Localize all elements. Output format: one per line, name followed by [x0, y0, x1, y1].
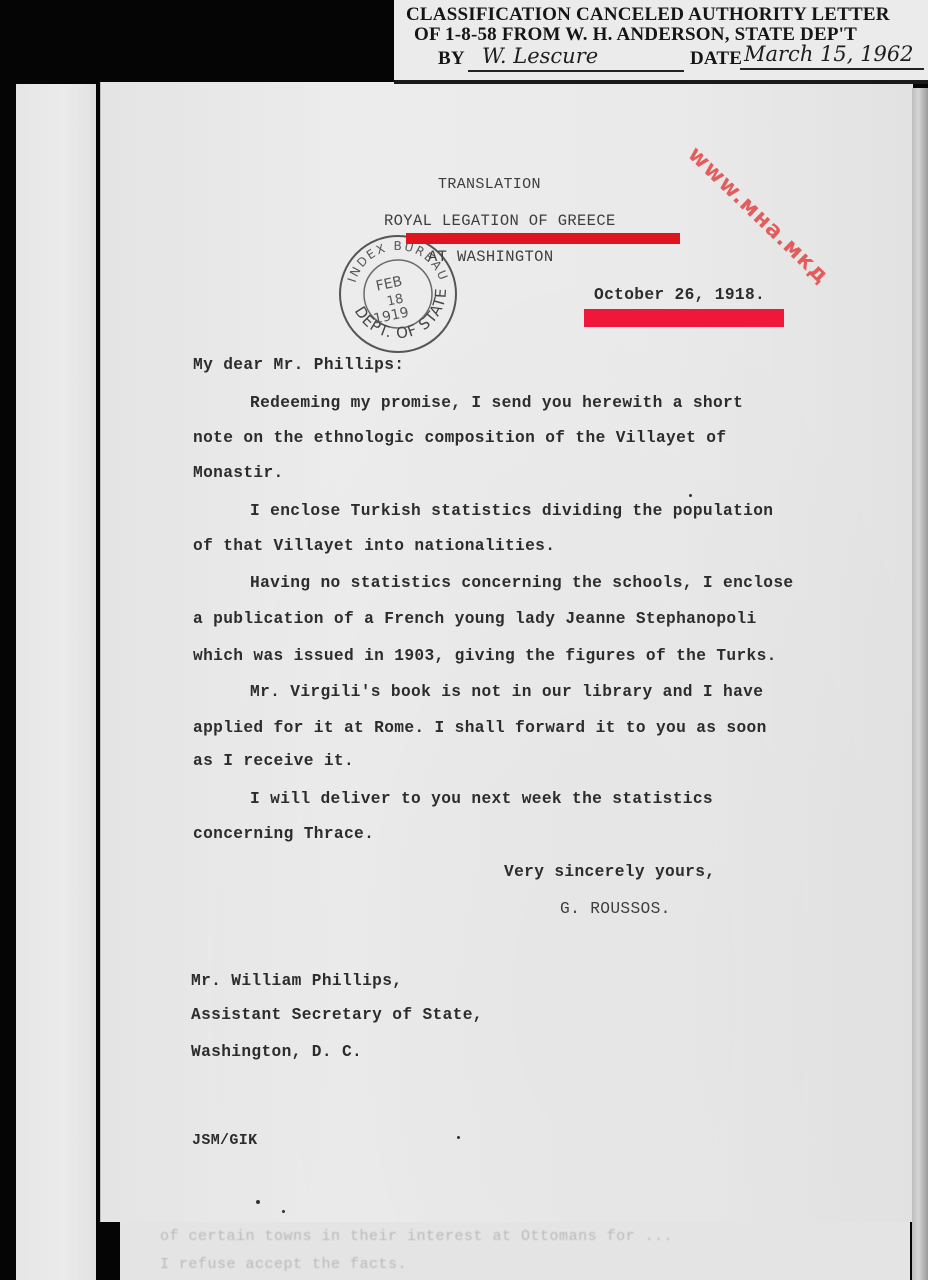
underlying-page-line: of certain towns in their interest at Ot… [160, 1228, 673, 1245]
date-line [740, 68, 924, 70]
body-line: Monastir. [193, 464, 284, 482]
body-line: which was issued in 1903, giving the fig… [193, 647, 777, 665]
letter-heading: TRANSLATION [438, 176, 541, 193]
body-line: Redeeming my promise, I send you herewit… [250, 394, 743, 412]
salutation: My dear Mr. Phillips: [193, 356, 404, 374]
body-line: note on the ethnologic composition of th… [193, 429, 726, 447]
recipient-line: Assistant Secretary of State, [191, 1006, 483, 1024]
recipient-line: Washington, D. C. [191, 1043, 362, 1061]
body-line: I will deliver to you next week the stat… [250, 790, 713, 808]
ink-speck [256, 1200, 260, 1204]
declassification-stamp: CLASSIFICATION CANCELED AUTHORITY LETTER… [394, 0, 928, 84]
body-line: applied for it at Rome. I shall forward … [193, 719, 767, 737]
body-line: I enclose Turkish statistics dividing th… [250, 502, 773, 520]
signature: G. ROUSSOS. [560, 900, 671, 918]
recipient-line: Mr. William Phillips, [191, 972, 402, 990]
ink-speck [689, 494, 692, 497]
stamp-line-1: CLASSIFICATION CANCELED AUTHORITY LETTER [406, 4, 890, 26]
sender-org: ROYAL LEGATION OF GREECE [384, 212, 616, 230]
body-line: Mr. Virgili's book is not in our library… [250, 683, 763, 701]
adjacent-page-strip [16, 84, 96, 1280]
body-line: Having no statistics concerning the scho… [250, 574, 793, 592]
stamp-signature: W. Lescure [482, 44, 598, 68]
body-line: as I receive it. [193, 752, 354, 770]
closing: Very sincerely yours, [504, 863, 715, 881]
stamp-date-label: DATE [690, 48, 742, 70]
reference-initials: JSM/GIK [192, 1132, 257, 1149]
stamp-by-label: BY [438, 48, 465, 70]
underlying-page: of certain towns in their interest at Ot… [120, 1222, 910, 1280]
body-line: a publication of a French young lady Jea… [193, 610, 757, 628]
highlight-bar [584, 309, 784, 327]
highlight-bar [406, 233, 680, 244]
body-line: concerning Thrace. [193, 825, 374, 843]
signature-line [468, 70, 684, 72]
page-edge [912, 88, 928, 1280]
underlying-page-line: I refuse accept the facts. [160, 1256, 407, 1273]
sender-location: AT WASHINGTON [428, 248, 553, 266]
stamp-date-value: March 15, 1962 [744, 42, 914, 66]
body-line: of that Villayet into nationalities. [193, 537, 555, 555]
letter-date: October 26, 1918. [594, 286, 765, 304]
ink-speck [282, 1210, 285, 1213]
ink-speck [457, 1136, 460, 1139]
